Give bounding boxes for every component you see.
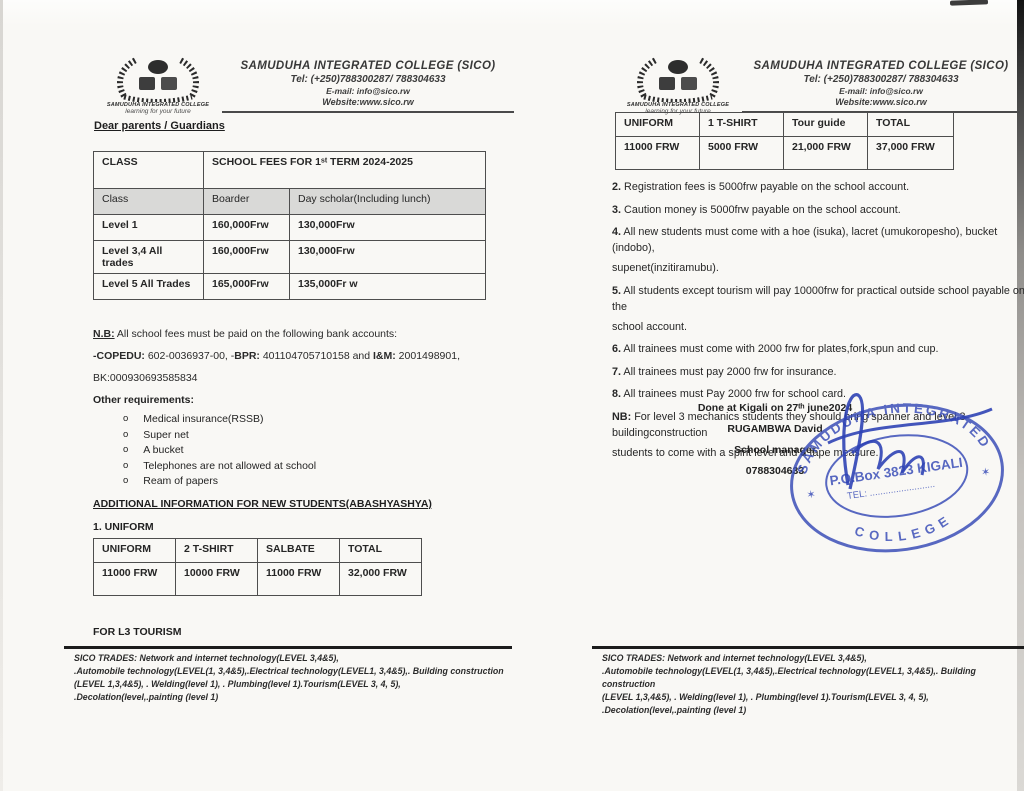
bank-im-label: I&M:	[373, 350, 396, 362]
l3-tourism-heading: FOR L3 TOURISM	[93, 626, 181, 638]
letterhead: SAMUDUHA INTEGRATED COLLEGE (SICO) Tel: …	[742, 60, 1020, 113]
page-right: SAMUDUHA INTEGRATED COLLEGE learning for…	[560, 0, 1024, 791]
school-fees-table: CLASS SCHOOL FEES FOR 1ˢᵗ TERM 2024-2025…	[93, 151, 486, 300]
college-name: SAMUDUHA INTEGRATED COLLEGE (SICO)	[742, 60, 1020, 72]
bank-copedu-label: -COPEDU:	[93, 350, 145, 362]
table-row: Level 1 160,000Frw 130,000Frw	[94, 215, 486, 241]
nb-label: NB:	[612, 411, 631, 423]
logo-motto: learning for your future	[102, 108, 214, 115]
requirement-text: A bucket	[143, 444, 183, 456]
item-text: All trainees must come with 2000 frw for…	[621, 343, 938, 355]
list-item: 4. All new students must come with a hoe…	[612, 224, 1024, 256]
requirement-text: Telephones are not allowed at school	[143, 460, 316, 472]
college-name: SAMUDUHA INTEGRATED COLLEGE (SICO)	[222, 60, 514, 72]
tourism-value: 11000 FRW	[616, 137, 700, 170]
college-logo: SAMUDUHA INTEGRATED COLLEGE learning for…	[102, 56, 214, 115]
item-number: 4.	[612, 226, 621, 238]
nb-label: N.B:	[93, 328, 115, 340]
uniform-header: TOTAL	[340, 539, 422, 563]
list-item: oReam of papers	[93, 475, 503, 487]
college-email: E-mail: info@sico.rw	[742, 86, 1020, 96]
item-number: 8.	[612, 388, 621, 400]
bullet: o	[123, 444, 128, 456]
table-row: Level 3,4 All trades 160,000Frw 130,000F…	[94, 241, 486, 274]
uniform-heading: 1. UNIFORM	[93, 521, 154, 533]
bullet: o	[123, 460, 128, 472]
uniform-value: 11000 FRW	[94, 563, 176, 596]
bank-im-value: 2001498901,	[396, 350, 460, 362]
uniform-value: 32,000 FRW	[340, 563, 422, 596]
item-number: 7.	[612, 366, 621, 378]
item-text: All students except tourism will pay 100…	[612, 285, 1024, 313]
list-item-continuation: school account.	[612, 319, 1024, 335]
tourism-header: TOTAL	[868, 113, 954, 137]
footer-line: .Automobile technology(LEVEL(1, 3,4&5),.…	[74, 665, 512, 678]
tourism-header: 1 T-SHIRT	[700, 113, 784, 137]
table-row: 11000 FRW 10000 FRW 11000 FRW 32,000 FRW	[94, 563, 422, 596]
fees-cell: 160,000Frw	[204, 241, 290, 274]
college-website: Website:www.sico.rw	[742, 97, 1020, 107]
item-number: 2.	[612, 181, 621, 193]
list-item: 7. All trainees must pay 2000 frw for in…	[612, 364, 1024, 380]
tourism-value: 5000 FRW	[700, 137, 784, 170]
list-item: oA bucket	[93, 444, 503, 456]
requirement-text: Ream of papers	[143, 475, 218, 487]
bullet: o	[123, 429, 128, 441]
bullet: o	[123, 475, 128, 487]
fees-cell: Level 5 All Trades	[94, 274, 204, 300]
table-row: 11000 FRW 5000 FRW 21,000 FRW 37,000 FRW	[616, 137, 954, 170]
logo-caption: SAMUDUHA INTEGRATED COLLEGE	[626, 102, 729, 108]
laurel-wreath-icon	[108, 56, 208, 102]
bank-bpr-value: 401104705710158 and	[260, 350, 373, 362]
fees-cell: 135,000Fr w	[290, 274, 486, 300]
item-number: 6.	[612, 343, 621, 355]
nb-text: All school fees must be paid on the foll…	[115, 328, 398, 340]
item-text: All new students must come with a hoe (i…	[612, 226, 997, 254]
tourism-value: 37,000 FRW	[868, 137, 954, 170]
salutation: Dear parents / Guardians	[94, 120, 225, 132]
item-text: Caution money is 5000frw payable on the …	[621, 204, 901, 216]
bullet: o	[123, 413, 128, 425]
table-row: UNIFORM 1 T-SHIRT Tour guide TOTAL	[616, 113, 954, 137]
list-item: oTelephones are not allowed at school	[93, 460, 503, 472]
item-text: Registration fees is 5000frw payable on …	[621, 181, 909, 193]
fees-span-header: SCHOOL FEES FOR 1ˢᵗ TERM 2024-2025	[204, 152, 486, 189]
fees-cell: 130,000Frw	[290, 241, 486, 274]
list-item-continuation: supenet(inzitiramubu).	[612, 260, 1024, 276]
fees-subheader-dayscholar: Day scholar(Including lunch)	[290, 189, 486, 215]
letterhead: SAMUDUHA INTEGRATED COLLEGE (SICO) Tel: …	[222, 60, 514, 113]
signature-ink	[818, 385, 998, 495]
requirement-text: Super net	[143, 429, 189, 441]
uniform-header: 2 T-SHIRT	[176, 539, 258, 563]
tourism-header: UNIFORM	[616, 113, 700, 137]
college-tel: Tel: (+250)788300287/ 788304633	[222, 74, 514, 85]
list-item: oSuper net	[93, 429, 503, 441]
fees-cell: Level 1	[94, 215, 204, 241]
footer-line: .Decolation(level,.painting (level 1)	[74, 691, 512, 704]
item-number: 3.	[612, 204, 621, 216]
bank-bpr-label: BPR:	[234, 350, 260, 362]
footer-line: .Decolation(level,.painting (level 1)	[602, 704, 1024, 717]
uniform-value: 11000 FRW	[258, 563, 340, 596]
footer-line: (LEVEL 1,3,4&5), . Welding(level 1), . P…	[74, 678, 512, 691]
list-item: 6. All trainees must come with 2000 frw …	[612, 341, 1024, 357]
fees-cell: Level 3,4 All trades	[94, 241, 204, 274]
fees-cell: 130,000Frw	[290, 215, 486, 241]
trades-footer: SICO TRADES: Network and internet techno…	[592, 646, 1024, 717]
college-logo: SAMUDUHA INTEGRATED COLLEGE learning for…	[622, 56, 734, 115]
trades-footer: SICO TRADES: Network and internet techno…	[64, 646, 512, 704]
college-tel: Tel: (+250)788300287/ 788304633	[742, 74, 1020, 85]
bank-copedu-value: 602-0036937-00, -	[145, 350, 234, 362]
list-item: oMedical insurance(RSSB)	[93, 413, 503, 425]
fees-subheader-boarder: Boarder	[204, 189, 290, 215]
item-text: All trainees must pay 2000 frw for insur…	[621, 366, 836, 378]
fees-cell: 165,000Frw	[204, 274, 290, 300]
college-website: Website:www.sico.rw	[222, 97, 514, 107]
logo-caption: SAMUDUHA INTEGRATED COLLEGE	[106, 102, 209, 108]
laurel-wreath-icon	[628, 56, 728, 102]
bank-accounts-note: N.B: All school fees must be paid on the…	[93, 328, 503, 491]
list-item: 2. Registration fees is 5000frw payable …	[612, 179, 1024, 195]
uniform-table: UNIFORM 2 T-SHIRT SALBATE TOTAL 11000 FR…	[93, 538, 422, 596]
footer-line: .Automobile technology(LEVEL(1, 3,4&5),.…	[602, 665, 1024, 691]
list-item: 3. Caution money is 5000frw payable on t…	[612, 202, 1024, 218]
requirement-text: Medical insurance(RSSB)	[143, 413, 263, 425]
uniform-value: 10000 FRW	[176, 563, 258, 596]
additional-info-heading: ADDITIONAL INFORMATION FOR NEW STUDENTS(…	[93, 498, 432, 510]
college-email: E-mail: info@sico.rw	[222, 86, 514, 96]
footer-line: SICO TRADES: Network and internet techno…	[602, 652, 1024, 665]
tourism-value: 21,000 FRW	[784, 137, 868, 170]
table-row: Level 5 All Trades 165,000Frw 135,000Fr …	[94, 274, 486, 300]
uniform-header: UNIFORM	[94, 539, 176, 563]
fees-cell: 160,000Frw	[204, 215, 290, 241]
tourism-header: Tour guide	[784, 113, 868, 137]
fees-corner-header: CLASS	[94, 152, 204, 189]
uniform-header: SALBATE	[258, 539, 340, 563]
item-number: 5.	[612, 285, 621, 297]
footer-line: (LEVEL 1,3,4&5), . Welding(level 1), . P…	[602, 691, 1024, 704]
stamp-star-left: ✶	[806, 489, 817, 502]
tourism-uniform-table: UNIFORM 1 T-SHIRT Tour guide TOTAL 11000…	[615, 112, 954, 170]
list-item: 5. All students except tourism will pay …	[612, 283, 1024, 315]
table-row: UNIFORM 2 T-SHIRT SALBATE TOTAL	[94, 539, 422, 563]
footer-line: SICO TRADES: Network and internet techno…	[74, 652, 512, 665]
page-left: SAMUDUHA INTEGRATED COLLEGE learning for…	[0, 0, 560, 791]
fees-subheader-class: Class	[94, 189, 204, 215]
bank-bk-line: BK:000930693585834	[93, 372, 503, 384]
other-requirements-label: Other requirements:	[93, 394, 503, 406]
item-text: All trainees must Pay 2000 frw for schoo…	[621, 388, 846, 400]
